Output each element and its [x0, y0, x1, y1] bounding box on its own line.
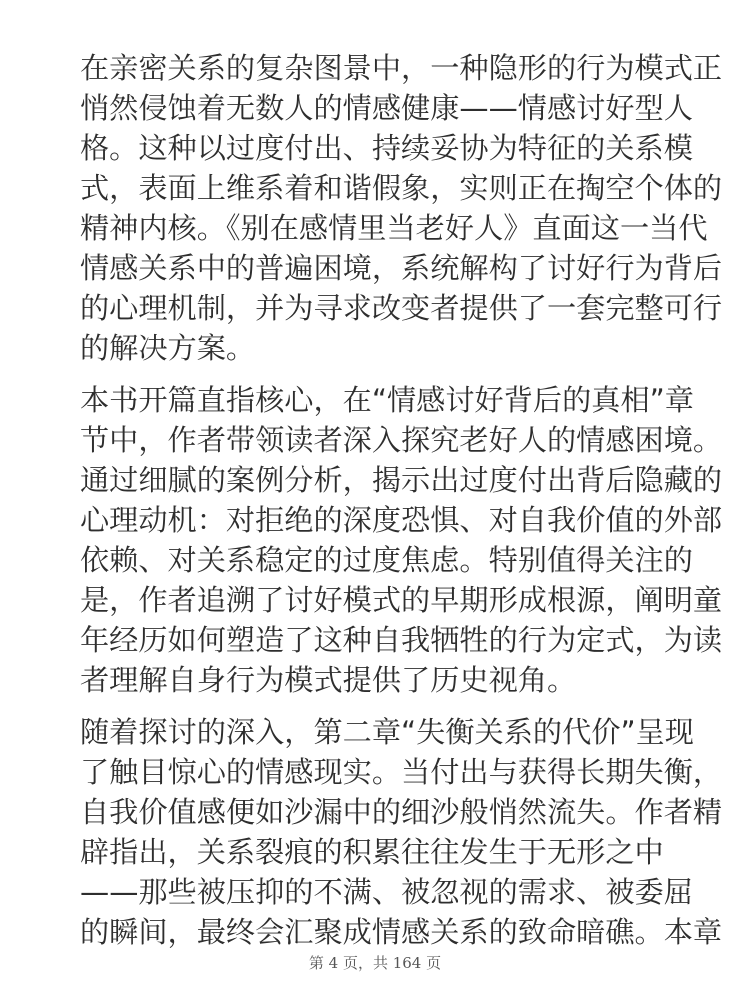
text-line: 在亲密关系的复杂图景中，一种隐形的行为模式正: [80, 48, 670, 88]
text-line: 年经历如何塑造了这种自我牺牲的行为定式，为读: [80, 620, 670, 660]
text-line: 是，作者追溯了讨好模式的早期形成根源，阐明童: [80, 580, 670, 620]
document-page: 在亲密关系的复杂图景中，一种隐形的行为模式正 悄然侵蚀着无数人的情感健康——情感…: [80, 48, 670, 964]
text-line: 格。这种以过度付出、持续妥协为特征的关系模: [80, 128, 670, 168]
paragraph-1: 在亲密关系的复杂图景中，一种隐形的行为模式正 悄然侵蚀着无数人的情感健康——情感…: [80, 48, 670, 368]
page-number-footer: 第 4 页，共 164 页: [0, 953, 750, 973]
text-line: 情感关系中的普遍困境，系统解构了讨好行为背后: [80, 248, 670, 288]
paragraph-2: 本书开篇直指核心，在“情感讨好背后的真相”章 节中，作者带领读者深入探究老好人的…: [80, 380, 670, 700]
text-line: 的心理机制，并为寻求改变者提供了一套完整可行: [80, 288, 670, 328]
text-line: 自我价值感便如沙漏中的细沙般悄然流失。作者精: [80, 792, 670, 832]
paragraph-3: 随着探讨的深入，第二章“失衡关系的代价”呈现 了触目惊心的情感现实。当付出与获得…: [80, 712, 670, 952]
text-line: 者理解自身行为模式提供了历史视角。: [80, 660, 670, 700]
text-line: 通过细腻的案例分析，揭示出过度付出背后隐藏的: [80, 460, 670, 500]
text-line: 心理动机：对拒绝的深度恐惧、对自我价值的外部: [80, 500, 670, 540]
text-line: 的瞬间，最终会汇聚成情感关系的致命暗礁。本章: [80, 912, 670, 952]
text-line: 式，表面上维系着和谐假象，实则正在掏空个体的: [80, 168, 670, 208]
text-line: 本书开篇直指核心，在“情感讨好背后的真相”章: [80, 380, 670, 420]
text-line: 辟指出，关系裂痕的积累往往发生于无形之中: [80, 832, 670, 872]
text-line: 了触目惊心的情感现实。当付出与获得长期失衡，: [80, 752, 670, 792]
text-line: 节中，作者带领读者深入探究老好人的情感困境。: [80, 420, 670, 460]
text-line: ——那些被压抑的不满、被忽视的需求、被委屈: [80, 872, 670, 912]
text-line: 的解决方案。: [80, 328, 670, 368]
text-line: 依赖、对关系稳定的过度焦虑。特别值得关注的: [80, 540, 670, 580]
text-line: 悄然侵蚀着无数人的情感健康——情感讨好型人: [80, 88, 670, 128]
text-line: 精神内核。《别在感情里当老好人》直面这一当代: [80, 208, 670, 248]
text-line: 随着探讨的深入，第二章“失衡关系的代价”呈现: [80, 712, 670, 752]
